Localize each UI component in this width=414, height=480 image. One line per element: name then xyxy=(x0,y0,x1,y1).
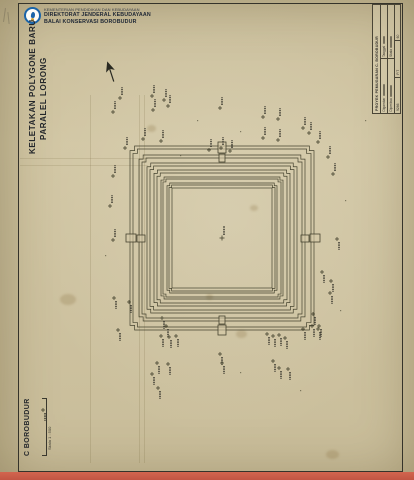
drawing-number-cell: 9266 xyxy=(395,77,401,113)
title-block-project: PROYEK PEMUGARAN C. BOROBUDUR xyxy=(373,5,381,113)
tiny-dot xyxy=(300,390,301,391)
drawing-number-cell: 60 xyxy=(395,5,401,40)
tiny-dot xyxy=(240,372,241,373)
stairway-mark xyxy=(310,234,320,242)
stairway-mark xyxy=(126,234,136,242)
handwritten-value xyxy=(383,84,385,96)
handwritten-value xyxy=(390,36,392,48)
footer-scale: Skala 1 : 500 xyxy=(47,404,57,450)
title-block-field-label: Digambar xyxy=(382,98,386,112)
tiny-dot xyxy=(105,255,106,256)
tiny-dot xyxy=(345,200,346,201)
stairway-mark xyxy=(219,154,225,162)
footer-title: C BOROBUDUR xyxy=(24,398,42,456)
title-block-row: DiperiksaSkala xyxy=(388,5,395,113)
stairway-mark xyxy=(218,325,226,335)
footer-left: C BOROBUDUR xyxy=(24,398,42,456)
red-edge-strip xyxy=(0,472,414,480)
drawing-number-cell: P.T xyxy=(395,40,401,76)
tiny-dot xyxy=(365,120,366,121)
tiny-dot xyxy=(340,310,341,311)
title-block-field: Tanggal xyxy=(381,5,387,59)
title-block-field: Skala xyxy=(388,5,394,59)
tiny-dot xyxy=(240,131,241,132)
footer-scale-label: Skala 1 : 500 xyxy=(47,404,57,450)
title-block-drawing-number: 9266P.T60 xyxy=(395,5,401,113)
stairway-mark xyxy=(218,142,226,153)
handwritten-value xyxy=(390,85,392,97)
tiny-dot xyxy=(197,120,198,121)
title-block-field-label: Diperiksa xyxy=(389,98,393,111)
stairway-mark xyxy=(301,235,309,242)
title-block-field-label: Skala xyxy=(389,49,393,57)
site-plan-svg xyxy=(0,0,414,480)
title-block-row: DigambarTanggal xyxy=(381,5,388,113)
stairway-mark xyxy=(137,235,145,242)
title-block-field: Digambar xyxy=(381,59,387,114)
tiny-dot xyxy=(180,155,181,156)
title-block-field: Diperiksa xyxy=(388,59,394,114)
title-block-field-label: Tanggal xyxy=(382,46,386,57)
stairway-mark xyxy=(219,316,225,324)
title-block: PROYEK PEMUGARAN C. BOROBUDUR DigambarTa… xyxy=(372,4,401,114)
handwritten-value xyxy=(383,36,385,45)
